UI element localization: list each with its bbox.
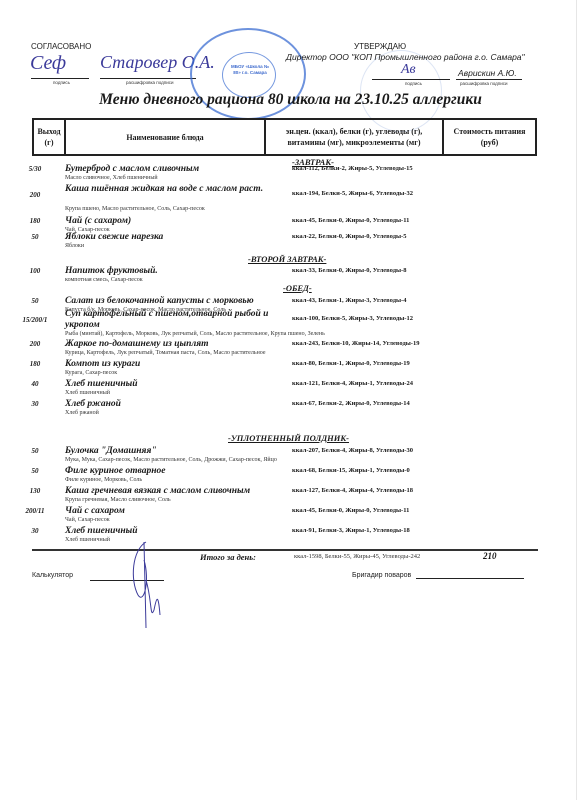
right-decode-line [456,79,522,80]
dish-nutrition: ккал-112, Белки-2, Жиры-5, Углеводы-15 [292,165,413,172]
total-label: Итого за день: [200,552,256,562]
dish-nutrition: ккал-45, Белки-0, Жиры-0, Углеводы-11 [292,507,409,514]
dish-nutrition: ккал-121, Белки-4, Жиры-1, Углеводы-24 [292,380,413,387]
dish-ingredients: компотная смесь, Сахар-песок [65,277,143,283]
dish-ingredients: Курага, Сахар-песок [65,370,117,376]
left-signature: Сеф [30,52,66,75]
dish-yield: 200/11 [18,507,52,515]
left-decode-caption: расшифровка подписи [126,80,173,85]
dish-nutrition: ккал-207, Белки-4, Жиры-8, Углеводы-30 [292,447,413,454]
calculator-signature [128,540,168,630]
calculator-label: Калькулятор [32,572,73,579]
dish-name: Каша гречневая вязкая с маслом сливочным [65,486,290,497]
dish-nutrition: ккал-91, Белки-3, Жиры-1, Углеводы-18 [292,527,410,534]
dish-yield: 30 [18,527,52,535]
right-decode-caption: расшифровка подписи [460,81,507,86]
dish-ingredients: Яблоки [65,243,84,249]
dish-nutrition: ккал-67, Белки-2, Жиры-0, Углеводы-14 [292,400,410,407]
dish-name: Чай (с сахаром) [65,216,290,227]
dish-ingredients: Рыба (минтай), Картофель, Морковь, Лук р… [65,331,325,337]
dish-nutrition: ккал-80, Белки-1, Жиры-0, Углеводы-19 [292,360,410,367]
section-title: -ОБЕД- [283,283,312,293]
header-nutrition: эн.цен. (ккал), белки (г), углеводы (г),… [266,120,444,154]
dish-name: Суп картофельный с пшеном,отварной рыбой… [65,309,290,331]
left-decode-line [100,78,196,79]
right-sign-caption: подпись [405,81,422,86]
dish-yield: 100 [18,267,52,275]
dish-yield: 5/30 [18,165,52,173]
left-sign-line [31,78,89,79]
dish-name: Чай с сахаром [65,506,290,517]
approved-label: СОГЛАСОВАНО [31,42,91,51]
total-cost: 210 [483,551,497,561]
right-signature: Ав [401,62,416,78]
header-cost: Стоимость питания (руб) [444,120,535,154]
dish-name: Напиток фруктовый. [65,266,290,277]
dish-nutrition: ккал-194, Белки-5, Жиры-6, Углеводы-32 [292,190,413,197]
dish-yield: 30 [18,400,52,408]
dish-yield: 40 [18,380,52,388]
dish-yield: 15/200/1 [18,316,52,324]
dish-ingredients: Хлеб пшеничный [65,537,110,543]
dish-nutrition: ккал-100, Белки-5, Жиры-3, Углеводы-12 [292,315,413,322]
dish-yield: 130 [18,487,52,495]
stamp-text: МБОУ «Школа № 80» г.о. Самара [230,64,270,76]
dish-ingredients: Мука, Мука, Сахар-песок, Масло раститель… [65,457,277,463]
dish-name: Компот из кураги [65,359,290,370]
dish-nutrition: ккал-22, Белки-0, Жиры-0, Углеводы-5 [292,233,406,240]
dish-name: Хлеб пшеничный [65,379,290,390]
approve-label: УТВЕРЖДАЮ [354,42,406,51]
dish-nutrition: ккал-243, Белки-10, Жиры-14, Углеводы-19 [292,340,419,347]
dish-yield: 180 [18,360,52,368]
right-sign-line [372,79,450,80]
dish-nutrition: ккал-43, Белки-1, Жиры-3, Углеводы-4 [292,297,406,304]
dish-yield: 200 [18,191,52,199]
dish-nutrition: ккал-33, Белки-0, Жиры-0, Углеводы-8 [292,267,406,274]
section-title: -УПЛОТНЕННЫЙ ПОЛДНИК- [228,433,349,443]
dish-yield: 200 [18,340,52,348]
director-title: Директор ООО "КОП Промышленного района г… [286,52,525,62]
dish-yield: 50 [18,467,52,475]
dish-name: Хлеб ржаной [65,399,290,410]
dish-name: Булочка "Домашняя" [65,446,290,457]
total-divider [32,549,538,551]
dish-name: Жаркое по-домашнему из цыплят [65,339,290,350]
dish-name: Каша пшённая жидкая на воде с маслом рас… [65,184,290,195]
dish-name: Хлеб пшеничный [65,526,290,537]
dish-ingredients: Хлеб пшеничный [65,390,110,396]
total-nutrition: ккал-1598, Белки-55, Жиры-45, Углеводы-2… [294,553,420,560]
dish-name: Бутерброд с маслом сливочным [65,164,290,175]
document-title: Меню дневного рациона 80 школа на 23.10.… [0,91,581,109]
dish-yield: 50 [18,447,52,455]
dish-name: Яблоки свежие нарезка [65,232,290,243]
dish-yield: 180 [18,217,52,225]
header-yield: Выход (г) [34,120,66,154]
brigadier-sign-line [416,578,524,579]
dish-nutrition: ккал-45, Белки-0, Жиры-0, Углеводы-11 [292,217,409,224]
dish-nutrition: ккал-127, Белки-4, Жиры-4, Углеводы-18 [292,487,413,494]
dish-name: Филе куриное отварное [65,466,290,477]
dish-ingredients: Курица, Картофель, Лук репчатый, Томатна… [65,350,266,356]
dish-ingredients: Крупа пшено, Масло растительное, Соль, С… [65,206,205,212]
header-dish: Наименование блюда [66,120,266,154]
dish-nutrition: ккал-68, Белки-15, Жиры-1, Углеводы-0 [292,467,410,474]
dish-ingredients: Масло сливочное, Хлеб пшеничный [65,175,158,181]
dish-ingredients: Филе куриное, Морковь, Соль [65,477,142,483]
director-name: Аврискин А.Ю. [458,68,517,78]
dish-ingredients: Хлеб ржаной [65,410,99,416]
left-sign-caption: подпись [53,80,70,85]
brigadier-label: Бригадир поваров [352,572,411,579]
table-header: Выход (г) Наименование блюда эн.цен. (кк… [32,118,537,156]
dish-yield: 50 [18,233,52,241]
dish-name: Салат из белокочанной капусты с морковью [65,296,290,307]
dish-yield: 50 [18,297,52,305]
dish-ingredients: Чай, Сахар-песок [65,517,110,523]
dish-ingredients: Крупа гречневая, Масло сливочное, Соль [65,497,171,503]
section-title: -ВТОРОЙ ЗАВТРАК- [248,254,326,264]
page-edge [576,0,577,800]
